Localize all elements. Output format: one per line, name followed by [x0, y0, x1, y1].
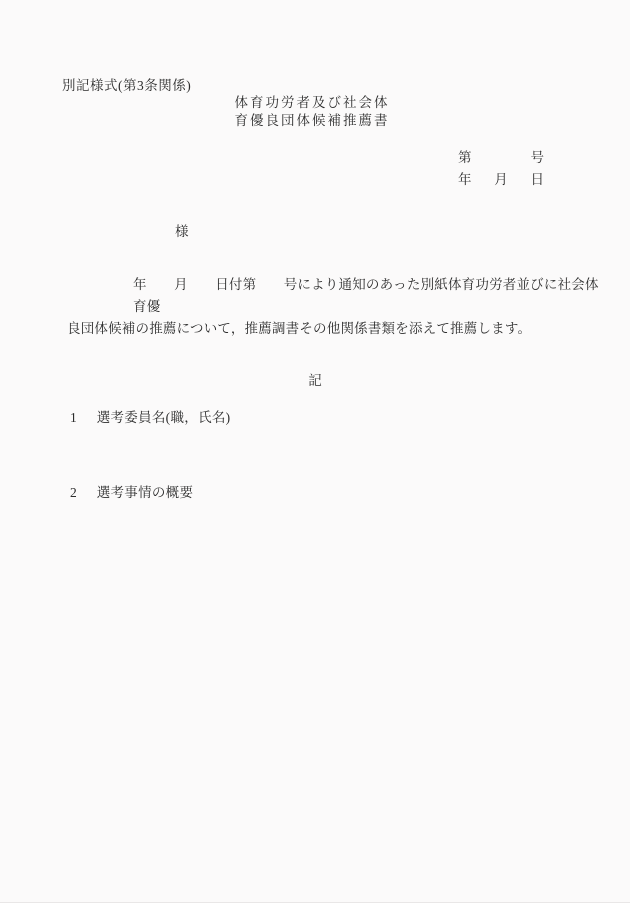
item-1-number: 1 [70, 410, 93, 426]
document-number-line: 第 号 [458, 146, 544, 166]
document-title-line1: 体育功労者及び社会体 [0, 94, 624, 112]
item-2-number: 2 [70, 485, 93, 501]
form-style-label: 別記様式(第3条関係) [62, 74, 191, 94]
document-page: 別記様式(第3条関係) 体育功労者及び社会体 育優良団体候補推薦書 第 号 年 … [0, 0, 630, 903]
list-item-1: 1 選考委員名(職，氏名) [70, 406, 230, 426]
list-heading-ki: 記 [0, 369, 630, 389]
body-paragraph: 年 月 日付第 号により通知のあった別紙体育功労者並びに社会体育優 良団体候補の… [67, 274, 612, 340]
document-title: 体育功労者及び社会体 育優良団体候補推薦書 [0, 94, 624, 130]
item-2-label: 選考事情の概要 [97, 485, 194, 500]
date-year-label: 年 [458, 168, 472, 188]
document-title-line2: 育優良団体候補推薦書 [0, 112, 624, 130]
date-day-label: 日 [531, 168, 545, 188]
addressee-honorific: 様 [175, 220, 189, 240]
date-month-label: 月 [494, 168, 508, 188]
doc-number-prefix: 第 [458, 146, 472, 166]
document-date-line: 年 月 日 [458, 168, 544, 188]
body-line-1: 年 月 日付第 号により通知のあった別紙体育功労者並びに社会体育優 [67, 274, 612, 318]
list-item-2: 2 選考事情の概要 [70, 481, 193, 501]
doc-number-suffix: 号 [531, 146, 545, 166]
item-1-label: 選考委員名(職，氏名) [97, 410, 231, 425]
body-line-2: 良団体候補の推薦について，推薦調書その他関係書類を添えて推薦します。 [67, 318, 612, 340]
